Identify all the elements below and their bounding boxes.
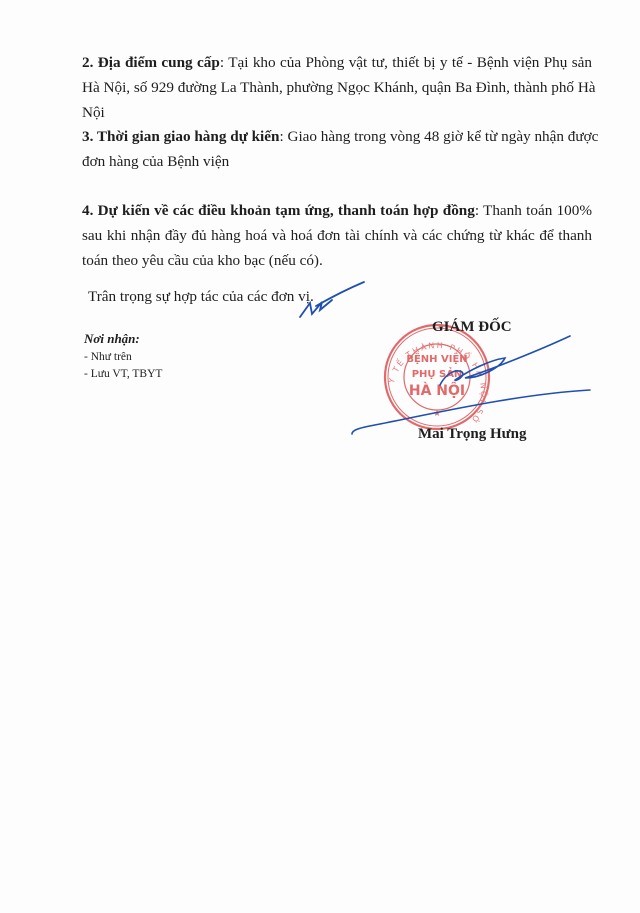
section-heading: 2. Địa điểm cung cấp (82, 54, 220, 71)
section-heading: 4. Dự kiến về các điều khoản tạm ứng, th… (82, 202, 475, 219)
signatory-name: Mai Trọng Hưng (418, 426, 526, 443)
stamp-line: HÀ NỘI (409, 381, 465, 399)
section-line: Hà Nội, số 929 đường La Thành, phường Ng… (82, 75, 592, 100)
section-delivery-time: 3. Thời gian giao hàng dự kiến: Giao hàn… (82, 124, 592, 174)
svg-text:★: ★ (433, 409, 441, 419)
section-delivery-location: 2. Địa điểm cung cấp: Tại kho của Phòng … (82, 50, 592, 125)
official-stamp-icon: Y TẾ THÀNH PHỐ HÀ NỘI SỞ BỆNH VIỆN PHỤ S… (385, 325, 490, 429)
stamp-line: BỆNH VIỆN (406, 352, 467, 365)
section-line: toán theo yêu cầu của kho bạc (nếu có). (82, 248, 592, 273)
section-line: 2. Địa điểm cung cấp: Tại kho của Phòng … (82, 50, 592, 75)
recipients-title: Nơi nhận: (84, 329, 162, 349)
section-line: 4. Dự kiến về các điều khoản tạm ứng, th… (82, 198, 592, 223)
section-line: Nội (82, 100, 592, 125)
recipient-item: - Lưu VT, TBYT (84, 366, 162, 383)
stamp-line: PHỤ SẢN (412, 366, 463, 380)
recipients-block: Nơi nhận: - Như trên - Lưu VT, TBYT (84, 329, 162, 383)
section-line: sau khi nhận đầy đủ hàng hoá và hoá đơn … (82, 223, 592, 248)
director-signature-icon (352, 336, 590, 434)
signatory-title: GIÁM ĐỐC (432, 319, 512, 336)
section-line: 3. Thời gian giao hàng dự kiến: Giao hàn… (82, 124, 592, 149)
section-payment-terms: 4. Dự kiến về các điều khoản tạm ứng, th… (82, 198, 592, 273)
recipient-item: - Như trên (84, 349, 162, 366)
closing-remark: Trân trọng sự hợp tác của các đơn vị. (88, 284, 314, 309)
stamp-ring-text: Y TẾ THÀNH PHỐ HÀ NỘI SỞ (387, 340, 491, 427)
section-line: đơn hàng của Bệnh viện (82, 149, 592, 174)
section-heading: 3. Thời gian giao hàng dự kiến (82, 128, 279, 145)
